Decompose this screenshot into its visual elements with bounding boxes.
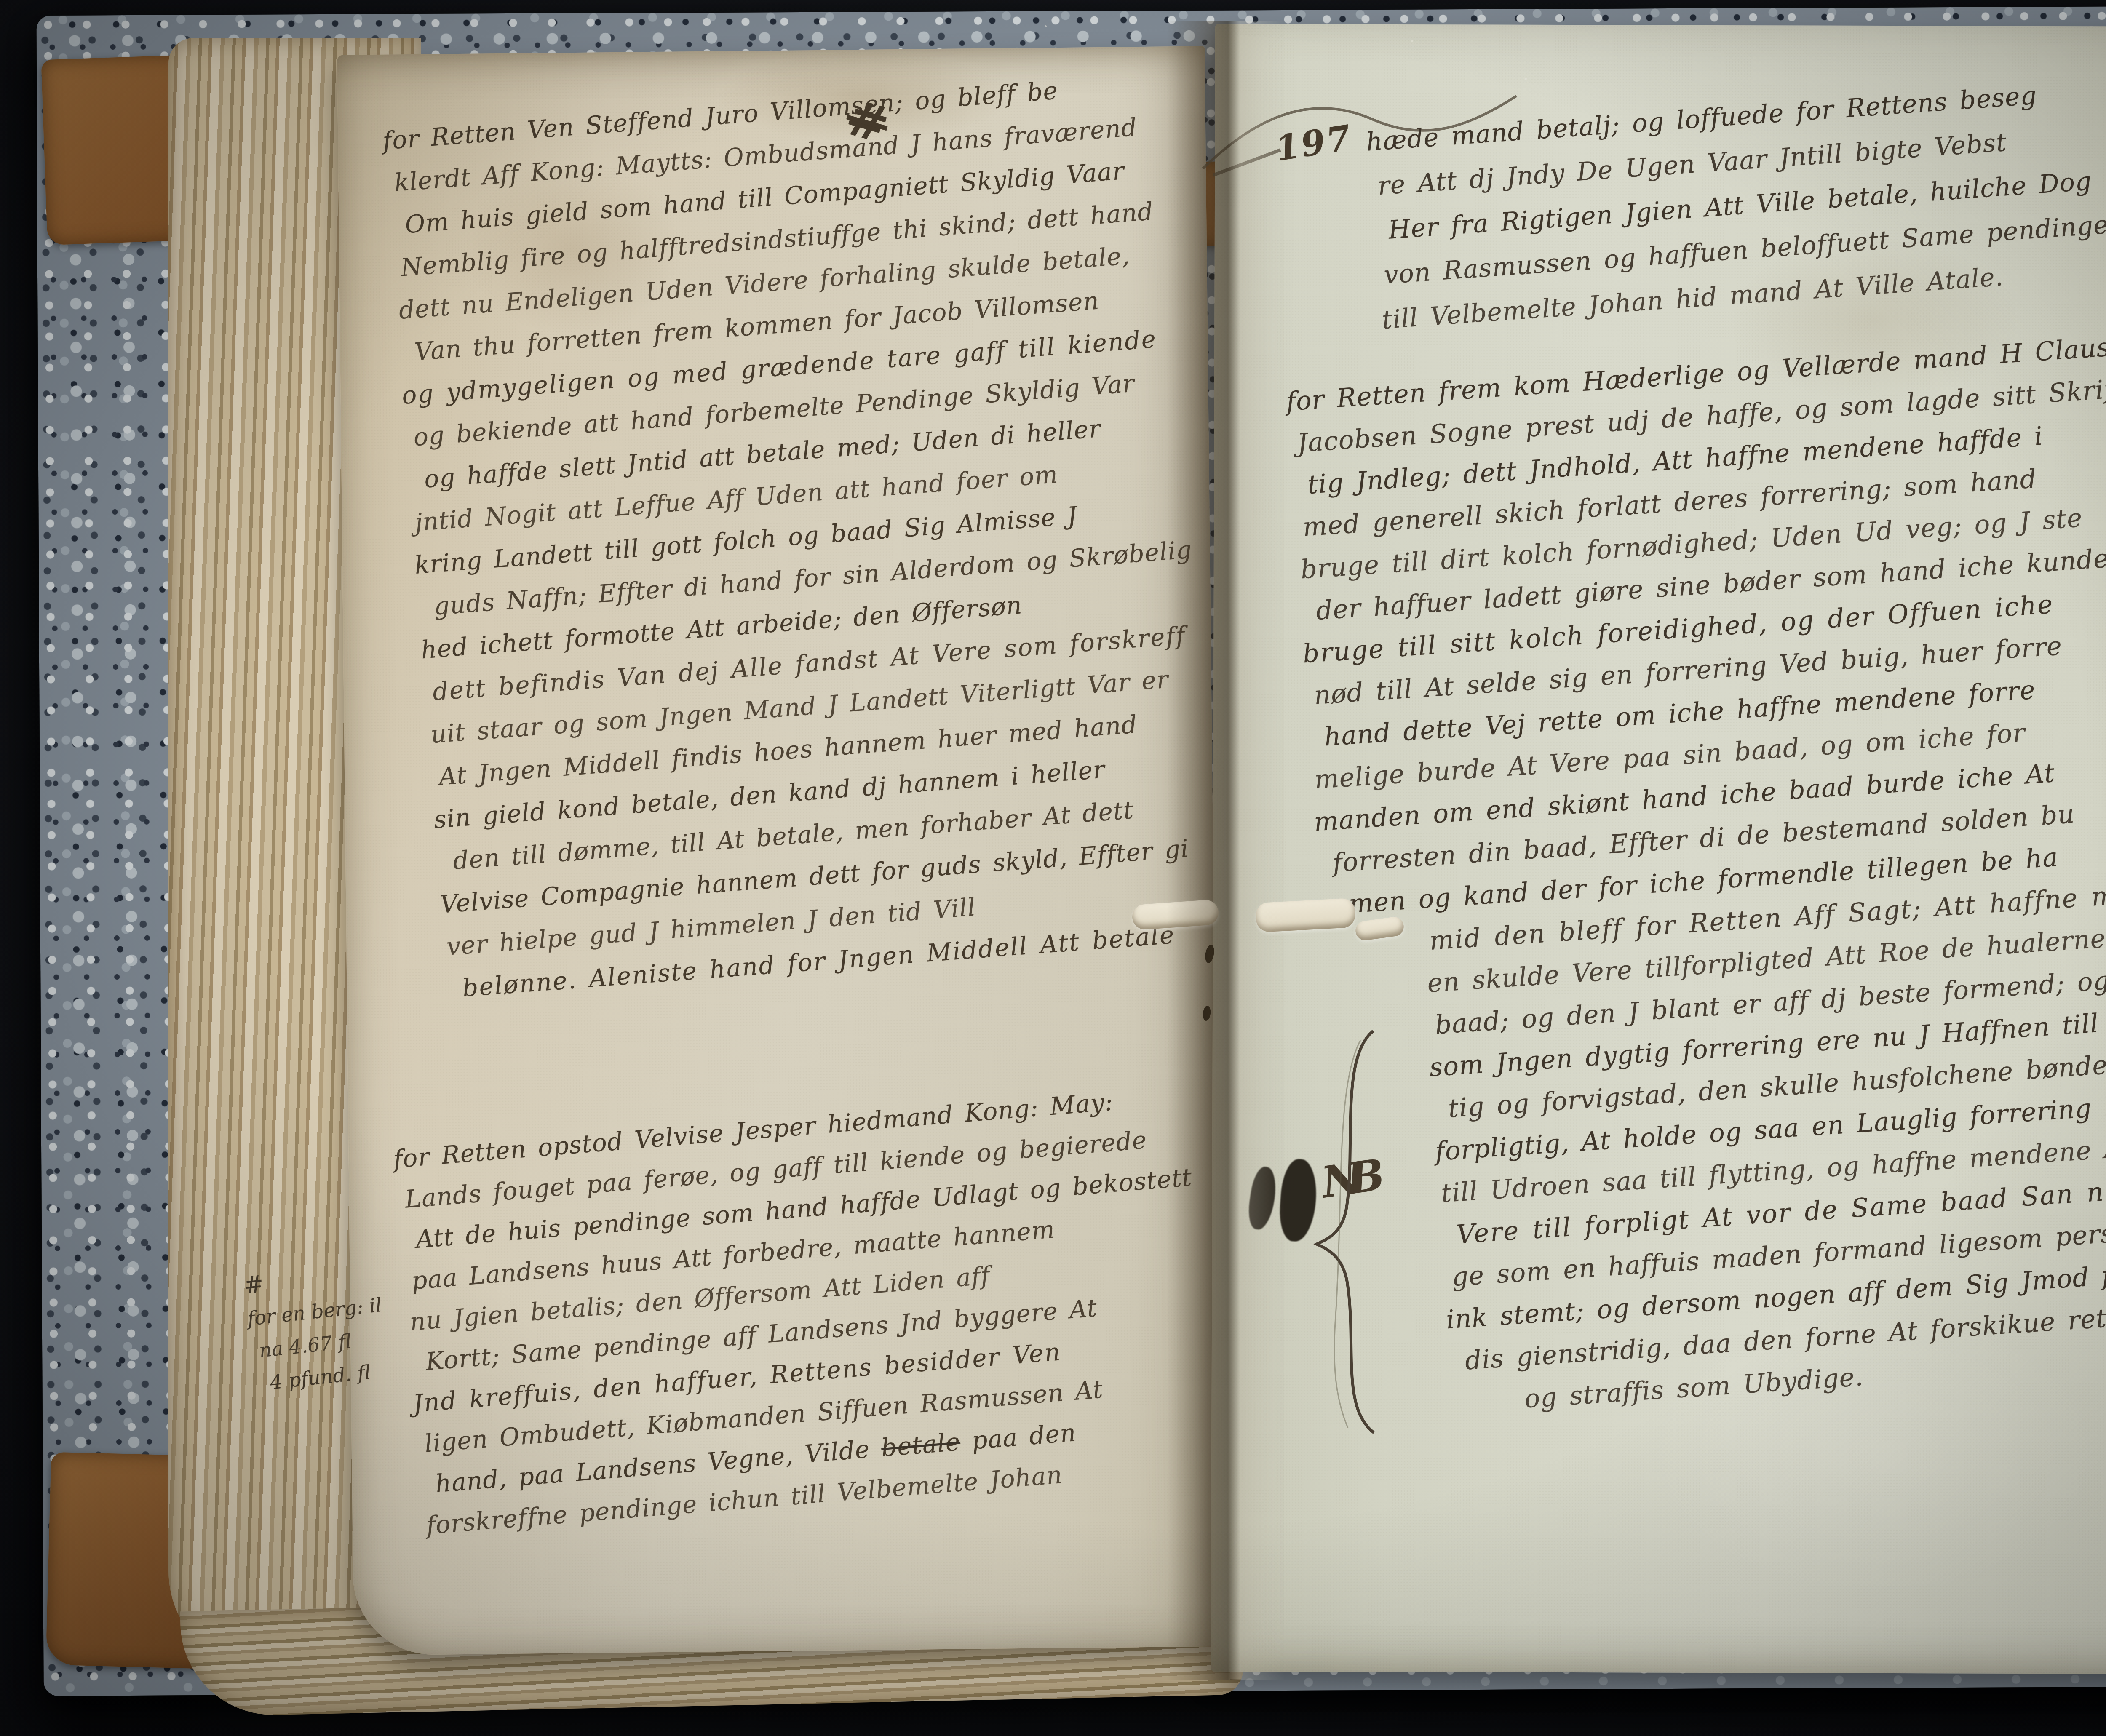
left-margin-note: # for en berg: ilna 4.67 fl4 pfund. fl xyxy=(242,1247,474,1401)
repair-tear xyxy=(1255,898,1355,932)
manuscript-photo: # for Retten Ven Steffend Juro Villomsen… xyxy=(0,0,2106,1736)
left-page-text-block-1: for Retten Ven Steffend Juro Villomsen; … xyxy=(381,58,1272,1011)
margin-brace xyxy=(1310,1028,1382,1440)
right-page-text-block-2: for Retten frem kom Hæderlige og Vellærd… xyxy=(1285,317,2106,1432)
dust-speck xyxy=(1045,25,1047,27)
dust-speck xyxy=(1525,78,1527,80)
left-page-text-block-2: for Retten opstod Velvise Jesper hiedman… xyxy=(392,1073,1247,1546)
dust-speck xyxy=(1411,40,1413,42)
